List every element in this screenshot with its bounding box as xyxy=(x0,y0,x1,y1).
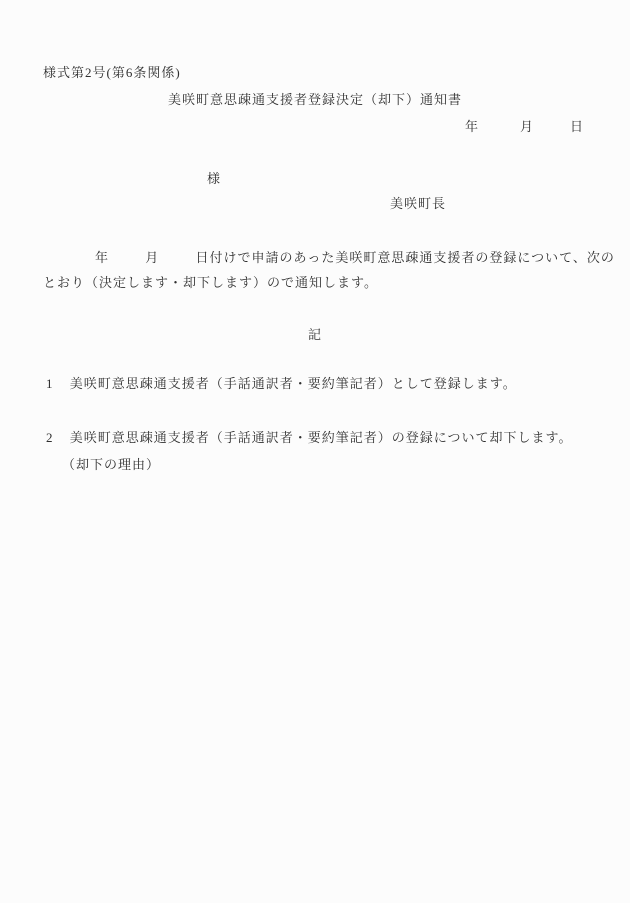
item-1: 1 美咲町意思疎通支援者（手話通訳者・要約筆記者）として登録します。 xyxy=(46,375,517,392)
item-2: 2 美咲町意思疎通支援者（手話通訳者・要約筆記者）の登録について却下します。 xyxy=(46,429,572,446)
form-number: 様式第2号(第6条関係) xyxy=(43,64,181,81)
item-1-text: 美咲町意思疎通支援者（手話通訳者・要約筆記者）として登録します。 xyxy=(70,376,517,391)
item-2-number: 2 xyxy=(46,430,54,445)
document-title: 美咲町意思疎通支援者登録決定（却下）通知書 xyxy=(0,91,630,108)
issue-date-line: 年 月 日 xyxy=(0,118,630,135)
body-paragraph-line-1: 年 月 日付けで申請のあった美咲町意思疎通支援者の登録について、次の xyxy=(95,249,615,266)
issue-date-month-label: 月 xyxy=(520,118,534,135)
document-page: 様式第2号(第6条関係) 美咲町意思疎通支援者登録決定（却下）通知書 年 月 日… xyxy=(0,0,630,903)
item-2-text: 美咲町意思疎通支援者（手話通訳者・要約筆記者）の登録について却下します。 xyxy=(70,430,573,445)
body-month-label: 月 xyxy=(145,250,159,265)
issue-date-year-label: 年 xyxy=(465,118,479,135)
body-year-label: 年 xyxy=(95,250,109,265)
ki-marker: 記 xyxy=(0,326,630,343)
body-paragraph-line-2: とおり（決定します・却下します）ので通知します。 xyxy=(43,274,378,291)
issue-date-day-label: 日 xyxy=(570,118,584,135)
item-1-number: 1 xyxy=(46,376,54,391)
rejection-reason-label: （却下の理由） xyxy=(62,456,160,473)
addressee-honorific: 様 xyxy=(207,170,221,187)
body-line-1-text: 日付けで申請のあった美咲町意思疎通支援者の登録について、次の xyxy=(196,250,615,265)
sender-title: 美咲町長 xyxy=(390,195,446,212)
